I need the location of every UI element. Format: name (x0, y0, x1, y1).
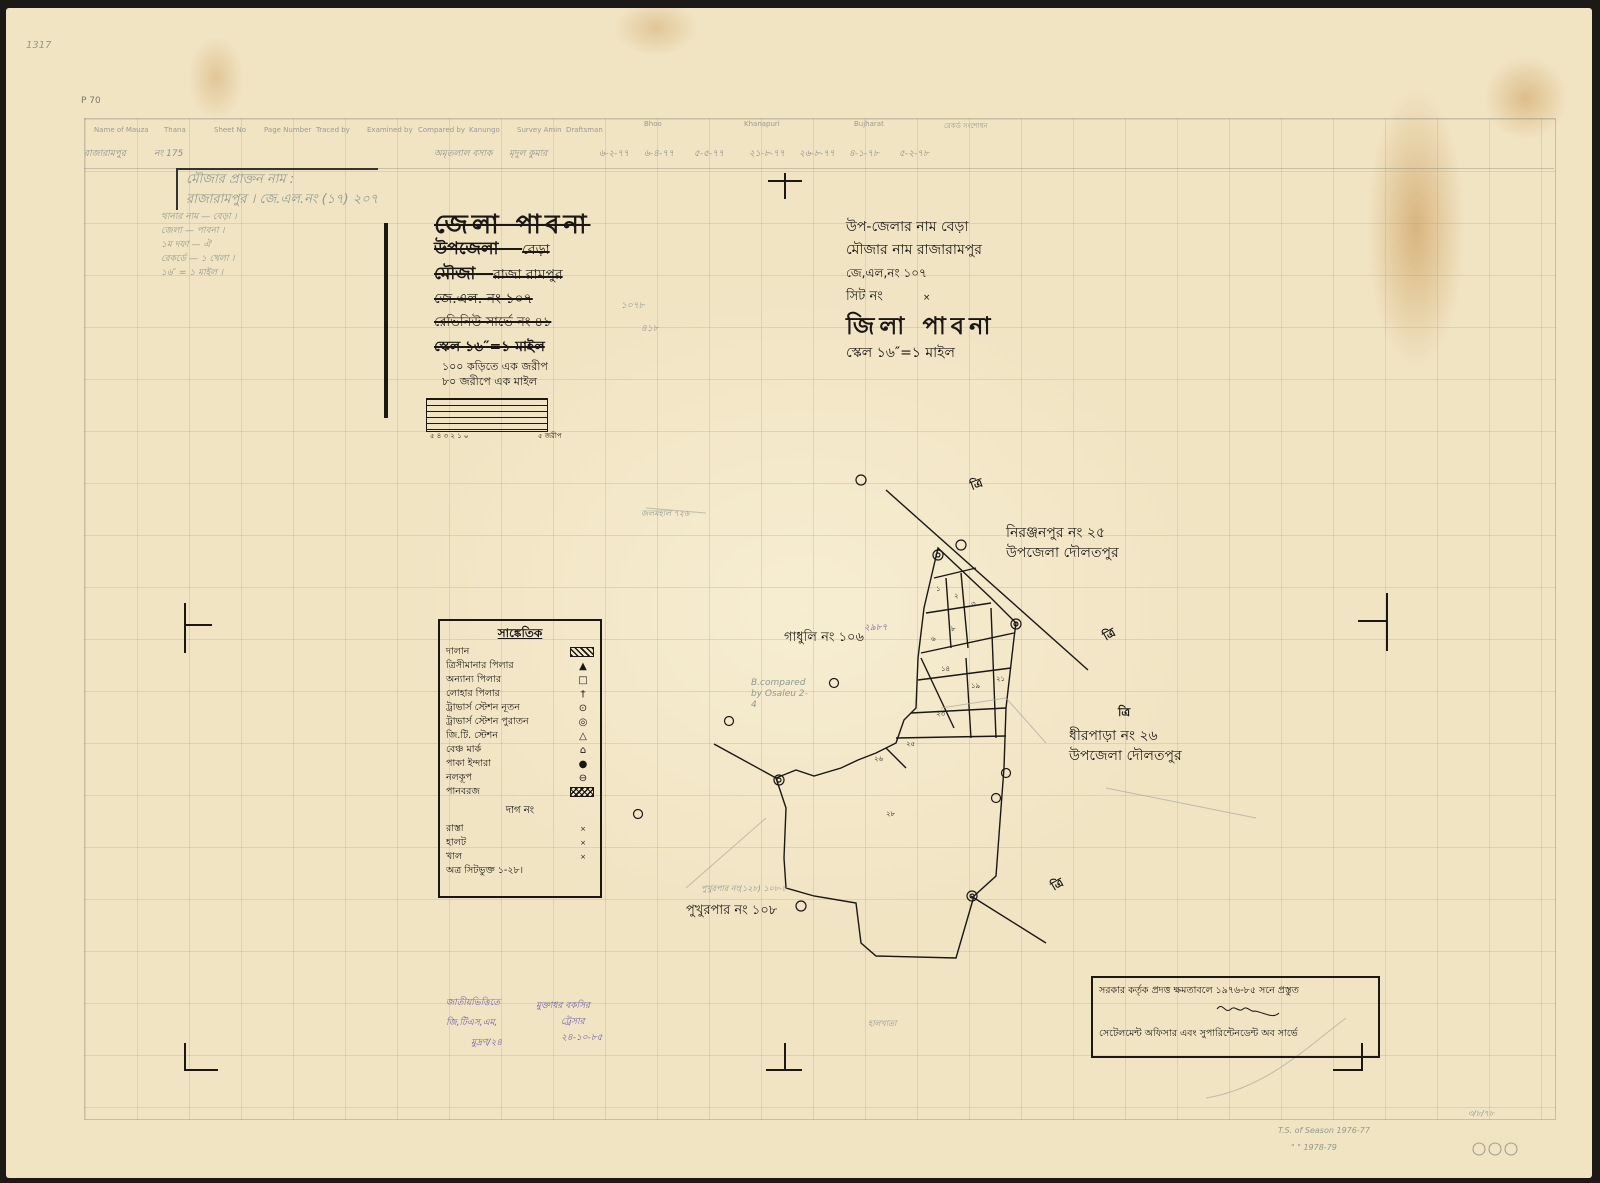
bench-mark-icon: ⌂ (572, 745, 594, 756)
tubewell-icon: ⊖ (572, 773, 594, 784)
legend-footer: অত্র সিটভুক্ত ১-২৮। (440, 864, 600, 878)
purple-note: জি,টিএস,এম, (446, 1013, 502, 1033)
legend-label: অন্যান্য পিলার (446, 673, 501, 688)
north-neighbor-label: নিরঞ্জনপুর নং ২৫ উপজেলা দৌলতপুর (1006, 523, 1119, 563)
compared-note: B.compared by Osaleu 2-4 (751, 678, 811, 711)
north-neighbor-upazila: উপজেলা দৌলতপুর (1006, 543, 1119, 563)
certificate-box: সরকার কর্তৃক প্রদত্ত ক্ষমতাবলে ১৯৭৬-৮৫ স… (1091, 976, 1380, 1058)
purple-note: মুদ্রণ/২৪ (471, 1033, 502, 1053)
gt-station-icon: △ (572, 731, 594, 742)
legend-item: বেঞ্চ মার্ক⌂ (440, 743, 600, 757)
legend-item: ত্রিসীমানার পিলার▲ (440, 659, 600, 673)
purple-notes-left: জাতীয়ভিত্তিতে জি,টিএস,এম, মুদ্রণ/২৪ (446, 993, 502, 1053)
legend-label: হালট (446, 836, 466, 851)
well-icon: ● (572, 759, 594, 770)
legend-label: দালান (446, 645, 469, 660)
purple-note: জাতীয়ভিত্তিতে (446, 993, 502, 1013)
south-neighbor: পুখুরপার নং ১০৮ (686, 901, 777, 922)
purple-notes-right: মুক্তাধর বকসির ট্রেসার ২৪-১০-৮৫ (536, 998, 603, 1046)
legend-item: ট্রাভার্স স্টেশন নূতন⊙ (440, 701, 600, 715)
legend-item: দালান (440, 645, 600, 659)
map-sheet: 1317 P 70 Name of Mauza Thana Sheet No P… (6, 8, 1592, 1178)
interior-label: ২৮ (886, 808, 895, 820)
signature (1213, 999, 1283, 1023)
season-note-1: T.S. of Season 1976-77 (1278, 1126, 1370, 1135)
mid-pencil-note: জলমহাল ৭২৬ (641, 508, 689, 521)
legend-label: ত্রিসীমানার পিলার (446, 659, 514, 674)
east-neighbor-label: ধীরপাড়া নং ২৬ উপজেলা দৌলতপুর (1069, 726, 1182, 766)
dag-value: × (572, 825, 594, 833)
plot-number: ৬ (931, 633, 936, 645)
legend-item: পাকা ইন্দারা● (440, 757, 600, 771)
north-neighbor: নিরঞ্জনপুর নং ২৫ (1006, 523, 1119, 543)
plot-number: ১৯ (971, 680, 980, 692)
legend-label: নলকূপ (446, 771, 472, 786)
tri-mark: ত্রি (1118, 704, 1130, 724)
legend-dag-item: খাল× (440, 850, 600, 864)
right-margin-note: ৩/৮/৭৮ (1468, 1108, 1494, 1121)
legend-item: জি.টি. স্টেশন△ (440, 729, 600, 743)
legend-subtitle: দাগ নং (440, 803, 600, 820)
traverse-old-icon: ◎ (572, 717, 594, 728)
purple-note: ২৪-১০-৮৫ (561, 1030, 603, 1046)
purple-note: মুক্তাধর বকসির (536, 998, 603, 1014)
east-neighbor-upazila: উপজেলা দৌলতপুর (1069, 746, 1182, 766)
bottom-mid-note: হালখাতা (868, 1018, 896, 1031)
east-neighbor: ধীরপাড়া নং ২৬ (1069, 726, 1182, 746)
season-note-2: " " 1978-79 (1291, 1143, 1337, 1152)
legend-title: সাঙ্কেতিক (440, 625, 600, 645)
dag-value: × (572, 839, 594, 847)
legend-label: রাস্তা (446, 822, 464, 837)
legend-item: পানবরজ (440, 785, 600, 799)
legend-label: লোহার পিলার (446, 687, 500, 702)
legend-label: পানবরজ (446, 785, 480, 800)
legend-dag-item: রাস্তা× (440, 822, 600, 836)
building-hatch-icon (570, 647, 594, 657)
plot-number: ২ (954, 590, 959, 602)
other-pillar-icon: □ (572, 675, 594, 686)
plot-number: ২৬ (874, 753, 883, 765)
legend-dag-item: হালট× (440, 836, 600, 850)
three-circles-mark (1471, 1141, 1521, 1157)
legend-item: অন্যান্য পিলার□ (440, 673, 600, 687)
legend-label: জি.টি. স্টেশন (446, 729, 498, 744)
plot-number: ৩ (971, 598, 976, 610)
traverse-new-icon: ⊙ (572, 703, 594, 714)
betel-garden-hatch-icon (570, 787, 594, 797)
legend-item: ট্রাভার্স স্টেশন পুরাতন◎ (440, 715, 600, 729)
certificate-line-1: সরকার কর্তৃক প্রদত্ত ক্ষমতাবলে ১৯৭৬-৮৫ স… (1093, 978, 1378, 999)
legend-label: খাল (446, 850, 462, 865)
pencil-west-note: ২৯৮৭ (864, 620, 887, 635)
pencil-south-note: পুখুরপার নং(১২৮) ১০৮-৮ (701, 883, 787, 896)
dag-value: × (572, 853, 594, 861)
legend-label: ট্রাভার্স স্টেশন নূতন (446, 701, 520, 716)
certificate-line-2: সেটেলমেন্ট অফিসার এবং সুপারিন্টেনডেন্ট অ… (1093, 1027, 1378, 1042)
west-neighbor: গাধুলি নং ১০৬ (784, 628, 864, 649)
purple-note: ট্রেসার (561, 1014, 603, 1030)
legend-box: সাঙ্কেতিক দালান ত্রিসীমানার পিলার▲ অন্যা… (438, 619, 602, 898)
plot-number: ১৪ (941, 663, 950, 675)
iron-pillar-icon: † (572, 689, 594, 700)
legend-label: বেঞ্চ মার্ক (446, 743, 481, 758)
plot-number: ৮ (951, 623, 956, 635)
legend-label: পাকা ইন্দারা (446, 757, 491, 772)
trijunction-pillar-icon: ▲ (572, 661, 594, 672)
plot-number: ২১ (996, 673, 1005, 685)
legend-item: লোহার পিলার† (440, 687, 600, 701)
plot-number: ১ (936, 583, 941, 595)
plot-number: ২৫ (906, 738, 915, 750)
legend-label: ট্রাভার্স স্টেশন পুরাতন (446, 715, 529, 730)
plot-number: ২৩ (936, 708, 945, 720)
legend-item: নলকূপ⊖ (440, 771, 600, 785)
